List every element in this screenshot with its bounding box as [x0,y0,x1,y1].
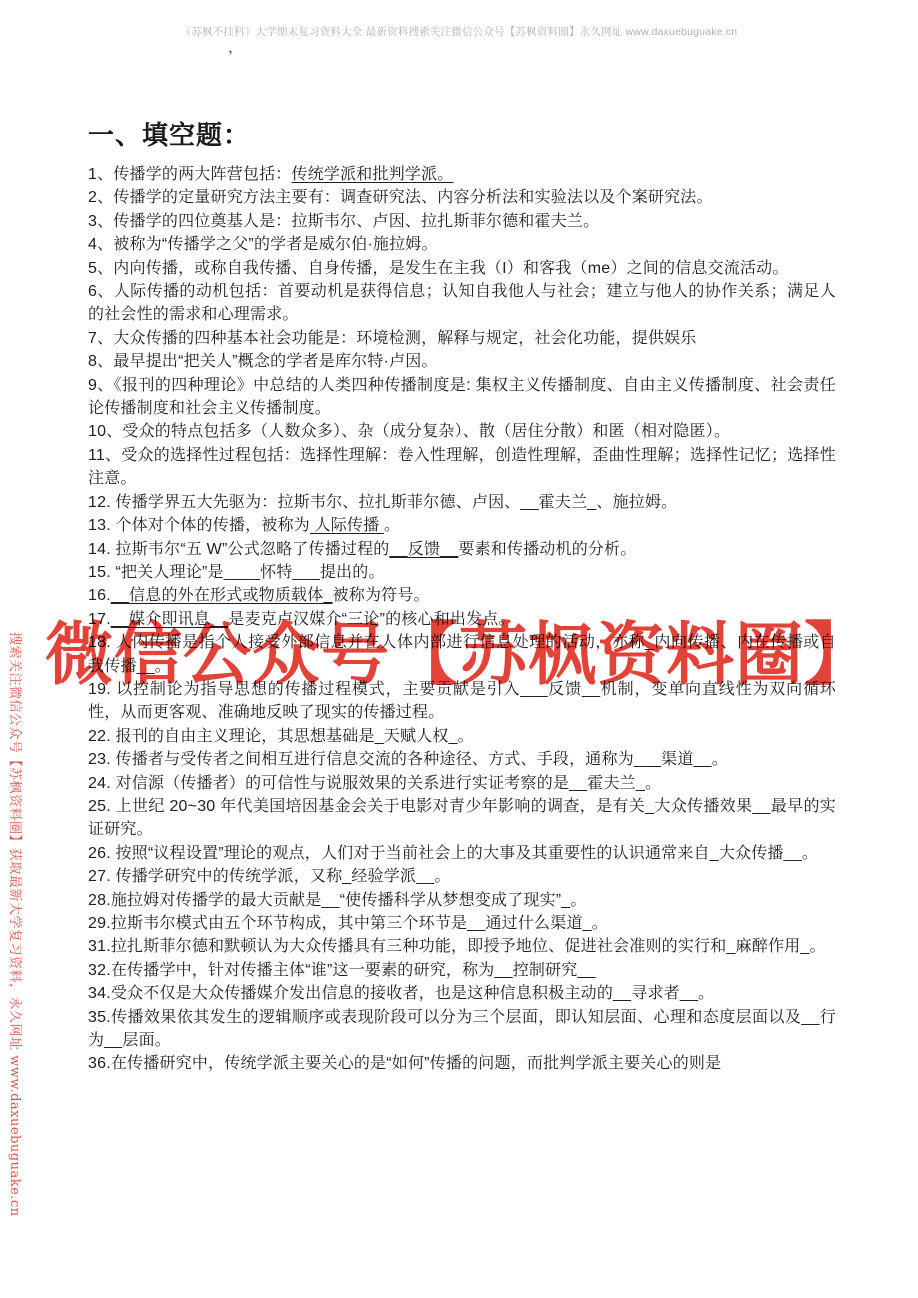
question: 17.__媒介即讯息__是麦克卢汉媒介“三论”的核心和出发点。 [88,608,836,631]
question-text: 5、内向传播，或称自我传播、自身传播，是发生在主我（I）和客我（me）之间的信息… [88,260,789,277]
question-text: 32.在传播学中，针对传播主体“谁”这一要素的研究，称为__控制研究__ [88,962,596,979]
question: 14. 拉斯韦尔“五 W”公式忽略了传播过程的__反馈__要素和传播动机的分析。 [88,538,836,561]
question-text: 要素和传播动机的分析。 [458,541,636,558]
question: 31.拉扎斯菲尔德和默顿认为大众传播具有三种功能，即授予地位、促进社会准则的实行… [88,935,836,958]
question-text: 10、受众的特点包括多（人数众多）、杂（成分复杂）、散（居住分散）和匿（相对隐匿… [88,423,730,440]
question: 19. 以控制论为指导思想的传播过程模式，主要贡献是引入___反馈__机制，变单… [88,678,836,725]
question: 27. 传播学研究中的传统学派，又称_经验学派__。 [88,865,836,888]
question: 28.施拉姆对传播学的最大贡献是__“使传播科学从梦想变成了现实”_。 [88,889,836,912]
question-text: 2、传播学的定量研究方法主要有：调查研究法、内容分析法和实验法以及个案研究法。 [88,189,713,206]
question: 11、受众的选择性过程包括：选择性理解：卷入性理解，创造性理解，歪曲性理解；选择… [88,444,836,491]
question: 36.在传播研究中，传统学派主要关心的是“如何”传播的问题，而批判学派主要关心的… [88,1052,836,1075]
question-text: 11、受众的选择性过程包括：选择性理解：卷入性理解，创造性理解，歪曲性理解；选择… [88,447,836,487]
question: 15. “把关人理论”是____怀特___提出的。 [88,561,836,584]
question: 13. 个体对个体的传播，被称为 人际传播 。 [88,514,836,537]
question-text: 16. [88,587,111,604]
question: 34.受众不仅是大众传播媒介发出信息的接收者，也是这种信息积极主动的__寻求者_… [88,982,836,1005]
question-text: 8、最早提出“把关人”概念的学者是库尔特·卢因。 [88,353,438,370]
page-header-note: 《苏枫不挂科》大学期末复习资料大全 最新资料搜索关注微信公众号【苏枫资料圈】永久… [0,24,918,39]
question-text: 22. 报刊的自由主义理论，其思想基础是_天赋人权_。 [88,728,474,745]
question: 6、人际传播的动机包括：首要动机是获得信息；认知自我他人与社会；建立与他人的协作… [88,280,836,327]
question-text: 27. 传播学研究中的传统学派，又称_经验学派__。 [88,868,451,885]
section-title: 一、填空题： [88,115,250,152]
question-text: 14. 拉斯韦尔“五 W”公式忽略了传播过程的 [88,541,390,558]
question-text: 3、传播学的四位奠基人是：拉斯韦尔、卢因、拉扎斯菲尔德和霍夫兰。 [88,213,599,230]
question-text: 23. 传播者与受传者之间相互进行信息交流的各种途径、方式、手段，通称为___渠… [88,751,728,768]
question-text: 被称为符号。 [333,587,430,604]
question-text: 35.传播效果依其发生的逻辑顺序或表现阶段可以分为三个层面，即认知层面、心理和态… [88,1009,836,1049]
question: 25. 上世纪 20~30 年代美国培因基金会关于电影对青少年影响的调查，是有关… [88,795,836,842]
question-text: 19. 以控制论为指导思想的传播过程模式，主要贡献是引入___反馈__机制，变单… [88,681,836,721]
question: 2、传播学的定量研究方法主要有：调查研究法、内容分析法和实验法以及个案研究法。 [88,186,836,209]
question-text: 31.拉扎斯菲尔德和默顿认为大众传播具有三种功能，即授予地位、促进社会准则的实行… [88,938,826,955]
question-text: 25. 上世纪 20~30 年代美国培因基金会关于电影对青少年影响的调查，是有关… [88,798,836,838]
question-text: 9、《报刊的四种理论》中总结的人类四种传播制度是: 集权主义传播制度、自由主义传… [88,377,836,417]
question: 8、最早提出“把关人”概念的学者是库尔特·卢因。 [88,350,836,373]
question: 29.拉斯韦尔模式由五个环节构成，其中第三个环节是__通过什么渠道_。 [88,912,836,935]
blank-answer: 传统学派和批判学派。 [292,166,454,183]
question-text: 13. 个体对个体的传播，被称为 [88,517,310,534]
question: 4、被称为“传播学之父”的学者是威尔伯·施拉姆。 [88,233,836,256]
question: 9、《报刊的四种理论》中总结的人类四种传播制度是: 集权主义传播制度、自由主义传… [88,374,836,421]
left-vertical-red-watermark: 搜索关注微信公众号【苏枫资料圈】获取最新大学复习资料，永久网址 www.daxu… [7,632,26,1217]
question: 16.__信息的外在形式或物质载体_被称为符号。 [88,584,836,607]
question-text: 24. 对信源（传播者）的可信性与说服效果的关系进行实证考察的是__霍夫兰_。 [88,775,661,792]
question: 24. 对信源（传播者）的可信性与说服效果的关系进行实证考察的是__霍夫兰_。 [88,772,836,795]
questions-list: 1、传播学的两大阵营包括：传统学派和批判学派。2、传播学的定量研究方法主要有：调… [88,163,836,1076]
question: 35.传播效果依其发生的逻辑顺序或表现阶段可以分为三个层面，即认知层面、心理和态… [88,1006,836,1053]
question: 22. 报刊的自由主义理论，其思想基础是_天赋人权_。 [88,725,836,748]
question: 18. 人内传播是指个人接受外部信息并在人体内部进行信息处理的活动，亦称_内向传… [88,631,836,678]
question-text: 28.施拉姆对传播学的最大贡献是__“使传播科学从梦想变成了现实”_。 [88,892,587,909]
question-text: 34.受众不仅是大众传播媒介发出信息的接收者，也是这种信息积极主动的__寻求者_… [88,985,714,1002]
question: 1、传播学的两大阵营包括：传统学派和批判学派。 [88,163,836,186]
question-text: 4、被称为“传播学之父”的学者是威尔伯·施拉姆。 [88,236,438,253]
blank-answer: __信息的外在形式或物质载体_ [111,587,333,604]
blank-answer: __媒介即讯息__ [111,611,228,628]
question: 5、内向传播，或称自我传播、自身传播，是发生在主我（I）和客我（me）之间的信息… [88,257,836,280]
question: 12. 传播学界五大先驱为：拉斯韦尔、拉扎斯菲尔德、卢因、__霍夫兰_、施拉姆。 [88,491,836,514]
blank-answer: 人际传播 [310,517,384,534]
question: 23. 传播者与受传者之间相互进行信息交流的各种途径、方式、手段，通称为___渠… [88,748,836,771]
question: 7、大众传播的四种基本社会功能是：环境检测，解释与规定，社会化功能，提供娱乐 [88,327,836,350]
question-text: 36.在传播研究中，传统学派主要关心的是“如何”传播的问题，而批判学派主要关心的… [88,1055,721,1072]
question-text: 是麦克卢汉媒介“三论”的核心和出发点。 [228,611,514,628]
question: 26. 按照“议程设置”理论的观点，人们对于当前社会上的大事及其重要性的认识通常… [88,842,836,865]
question-text: 18. 人内传播是指个人接受外部信息并在人体内部进行信息处理的活动，亦称_内向传… [88,634,836,674]
question: 32.在传播学中，针对传播主体“谁”这一要素的研究，称为__控制研究__ [88,959,836,982]
question-text: 17. [88,611,111,628]
question-text: 29.拉斯韦尔模式由五个环节构成，其中第三个环节是__通过什么渠道_。 [88,915,608,932]
question-text: 15. “把关人理论”是____怀特___提出的。 [88,564,385,581]
question: 10、受众的特点包括多（人数众多）、杂（成分复杂）、散（居住分散）和匿（相对隐匿… [88,420,836,443]
question-text: 7、大众传播的四种基本社会功能是：环境检测，解释与规定，社会化功能，提供娱乐 [88,330,697,347]
blank-answer: __反馈__ [390,541,459,558]
question-text: 1、传播学的两大阵营包括： [88,166,292,183]
question-text: 6、人际传播的动机包括：首要动机是获得信息；认知自我他人与社会；建立与他人的协作… [88,283,836,323]
stray-comma-text: ， [228,36,243,57]
question: 3、传播学的四位奠基人是：拉斯韦尔、卢因、拉扎斯菲尔德和霍夫兰。 [88,210,836,233]
question-text: 。 [384,517,400,534]
question-text: 12. 传播学界五大先驱为：拉斯韦尔、拉扎斯菲尔德、卢因、__霍夫兰_、施拉姆。 [88,494,677,511]
question-text: 26. 按照“议程设置”理论的观点，人们对于当前社会上的大事及其重要性的认识通常… [88,845,818,862]
